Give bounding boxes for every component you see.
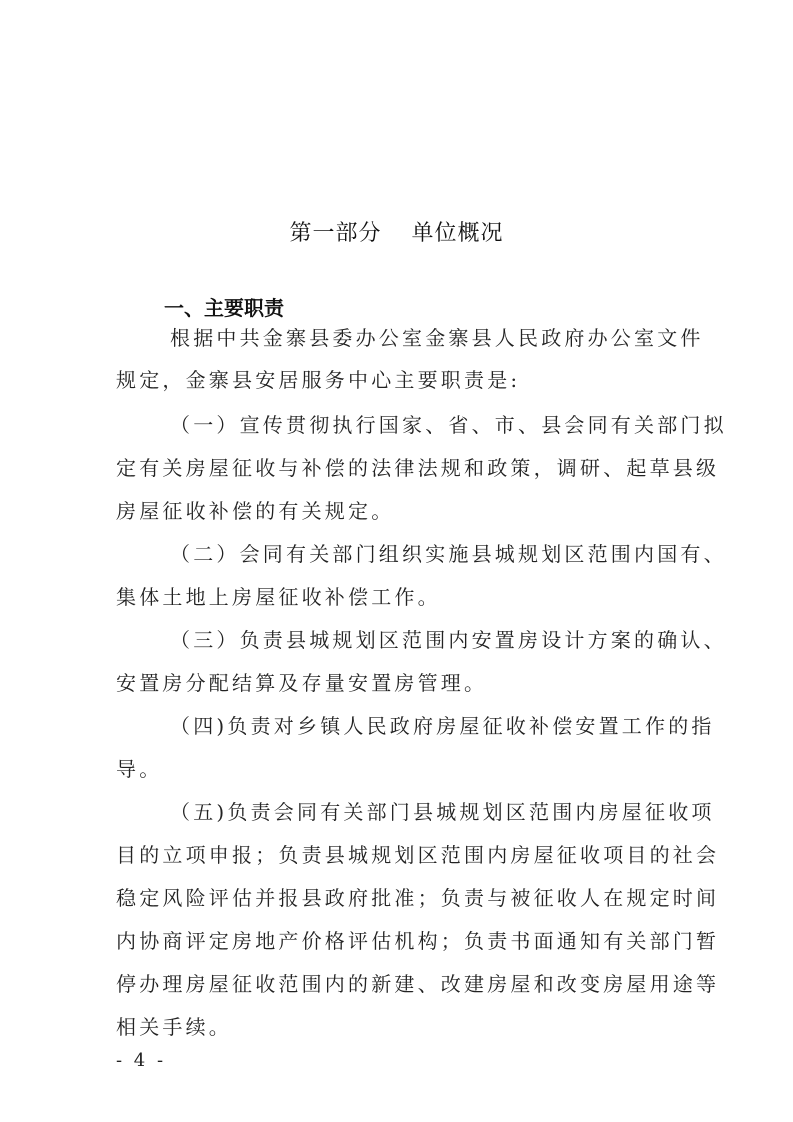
part-title-prefix: 第一部分 [289,221,381,246]
text-line: （五)负责会同有关部门县城规划区范围内房屋征收项 [170,800,676,824]
text-line: 稳定风险评估并报县政府批准；负责与被征收人在规定时间 [116,886,676,910]
text-line: 集体土地上房屋征收补偿工作。 [116,585,676,609]
part-title: 第一部分单位概况 [0,216,793,247]
text-line: （四)负责对乡镇人民政府房屋征收补偿安置工作的指 [170,714,676,738]
text-line: （一）宣传贯彻执行国家、省、市、县会同有关部门拟 [170,413,676,437]
text-line: 目的立项申报；负责县城规划区范围内房屋征收项目的社会 [116,843,676,867]
page-number: - 4 - [116,1050,166,1071]
text-line: 根据中共金寨县委办公室金寨县人民政府办公室文件 [170,326,676,350]
text-line: 定有关房屋征收与补偿的法律法规和政策，调研、起草县级 [116,456,676,480]
text-line: 规定，金寨县安居服务中心主要职责是: [116,368,676,392]
text-line: 房屋征收补偿的有关规定。 [116,499,676,523]
text-line: （二）会同有关部门组织实施县城规划区范围内国有、 [170,542,676,566]
text-line: 导。 [116,757,676,781]
text-line: （三）负责县城规划区范围内安置房设计方案的确认、 [170,628,676,652]
text-line: 内协商评定房地产价格评估机构；负责书面通知有关部门暂 [116,929,676,953]
text-line: 安置房分配结算及存量安置房管理。 [116,671,676,695]
text-line: 停办理房屋征收范围内的新建、改建房屋和改变房屋用途等 [116,972,676,996]
section-heading: 一、主要职责 [164,292,284,321]
part-title-text: 单位概况 [412,221,504,246]
text-line: 相关手续。 [116,1015,676,1039]
document-page: 第一部分单位概况 一、主要职责 根据中共金寨县委办公室金寨县人民政府办公室文件 … [0,0,793,1122]
